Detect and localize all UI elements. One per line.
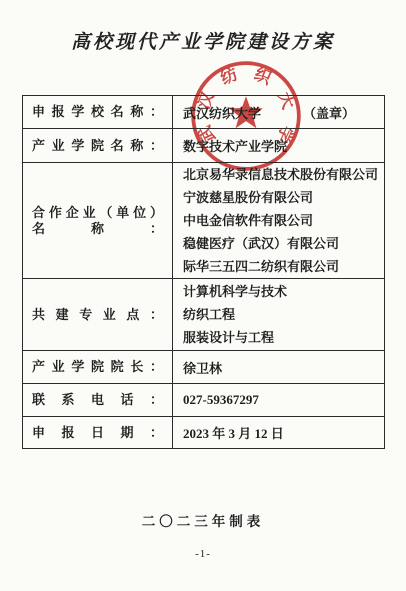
row-label: 申 报 学 校 名 称 ： <box>23 96 173 128</box>
application-form-table: 申 报 学 校 名 称 ： 武汉纺织大学 （盖章） 产 业 学 院 名 称 ： … <box>22 95 385 449</box>
row-value: 数字技术产业学院 <box>173 129 384 162</box>
partner-company: 中电金信软件有限公司 <box>183 209 378 232</box>
row-label-text: 申 报 日 期 ： <box>32 425 163 441</box>
partner-company: 北京易华录信息技术股份有限公司 <box>183 163 378 186</box>
application-date-value: 2023 年 3 月 12 日 <box>183 423 374 442</box>
partner-company: 稳健医疗（武汉）有限公司 <box>183 232 378 255</box>
row-label: 联 系 电 话 ： <box>23 384 173 416</box>
stamp-hint-text: （盖章） <box>303 103 355 122</box>
row-label: 申 报 日 期 ： <box>23 417 173 448</box>
table-row-application-date: 申 报 日 期 ： 2023 年 3 月 12 日 <box>23 417 384 448</box>
table-row-college-name: 产 业 学 院 名 称 ： 数字技术产业学院 <box>23 129 384 163</box>
table-row-phone: 联 系 电 话 ： 027-59367297 <box>23 384 384 417</box>
college-name-value: 数字技术产业学院 <box>183 136 374 155</box>
row-value: 徐卫林 <box>173 351 384 383</box>
page-title: 高校现代产业学院建设方案 <box>0 27 406 54</box>
joint-major: 纺织工程 <box>183 303 374 326</box>
table-row-school-name: 申 报 学 校 名 称 ： 武汉纺织大学 （盖章） <box>23 96 384 129</box>
document-page: 高校现代产业学院建设方案 武 汉 纺 织 大 学 申 报 学 校 名 称 ： 武… <box>0 0 406 591</box>
seal-char: 织 <box>251 63 274 88</box>
table-row-dean: 产 业 学 院 院 长 ： 徐卫林 <box>23 351 384 384</box>
row-label-text: 申 报 学 校 名 称 ： <box>32 104 163 120</box>
row-label: 共 建 专 业 点 ： <box>23 279 173 350</box>
row-label: 产 业 学 院 院 长 ： <box>23 351 173 383</box>
row-value: 武汉纺织大学 （盖章） <box>173 96 384 128</box>
dean-name-value: 徐卫林 <box>183 358 374 377</box>
seal-char: 纺 <box>217 63 240 88</box>
row-label-text: 联 系 电 话 ： <box>32 392 163 408</box>
page-number: -1- <box>0 548 406 560</box>
phone-number-value: 027-59367297 <box>183 392 374 408</box>
row-label: 合作企业（单位）名称： <box>23 163 173 278</box>
row-label-text: 共 建 专 业 点 ： <box>32 307 163 323</box>
row-value: 027-59367297 <box>173 384 384 416</box>
footer-year-line: 二〇二三年制表 <box>0 510 406 530</box>
school-name-value: 武汉纺织大学 <box>183 103 261 122</box>
row-label-text: 合作企业（单位）名称： <box>32 205 163 237</box>
row-label-text: 产 业 学 院 名 称 ： <box>32 138 163 154</box>
joint-major: 计算机科学与技术 <box>183 280 374 303</box>
table-row-joint-majors: 共 建 专 业 点 ： 计算机科学与技术 纺织工程 服装设计与工程 <box>23 279 384 351</box>
partner-company: 宁波慈星股份有限公司 <box>183 186 378 209</box>
joint-major: 服装设计与工程 <box>183 326 374 349</box>
partner-company: 际华三五四二纺织有限公司 <box>183 255 378 278</box>
table-row-partner-companies: 合作企业（单位）名称： 北京易华录信息技术股份有限公司 宁波慈星股份有限公司 中… <box>23 163 384 279</box>
row-value: 北京易华录信息技术股份有限公司 宁波慈星股份有限公司 中电金信软件有限公司 稳健… <box>173 163 388 278</box>
row-value: 2023 年 3 月 12 日 <box>173 417 384 448</box>
row-value: 计算机科学与技术 纺织工程 服装设计与工程 <box>173 279 384 350</box>
row-label: 产 业 学 院 名 称 ： <box>23 129 173 162</box>
row-label-text: 产 业 学 院 院 长 ： <box>32 359 163 375</box>
